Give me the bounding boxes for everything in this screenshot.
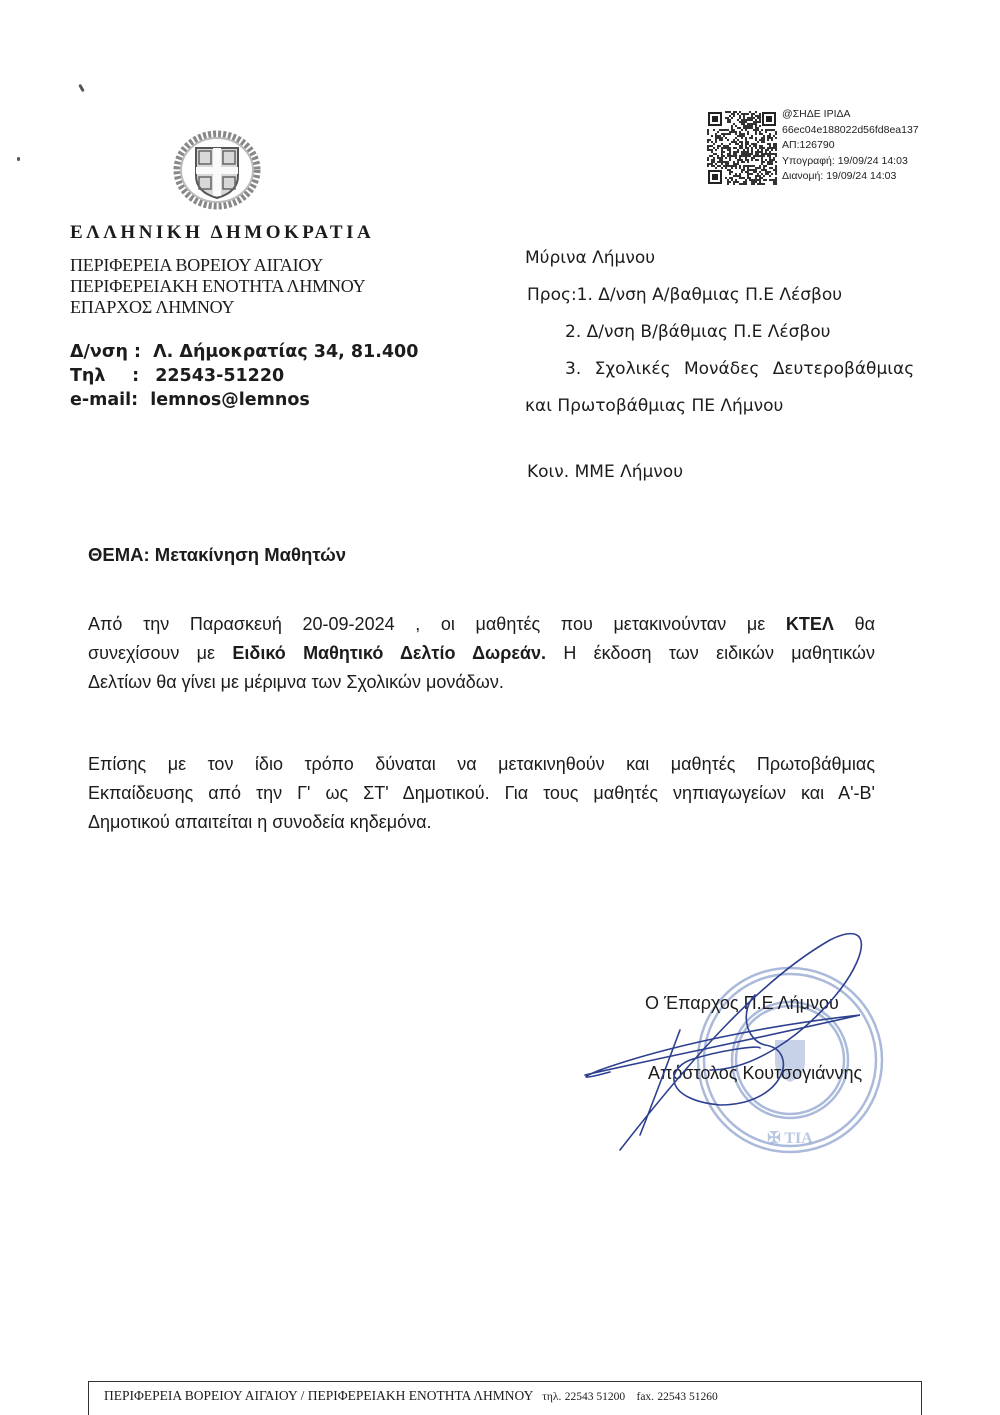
address-value: Λ. Δήμοκρατίας 34, 81.400 xyxy=(153,342,418,362)
phone-label: Τηλ xyxy=(70,364,126,388)
email-row: e-mail: lemnos@lemnos xyxy=(70,388,418,412)
email-label: e-mail: xyxy=(70,390,138,410)
text-run: θα xyxy=(855,614,875,634)
phone-value: 22543-51220 xyxy=(155,366,284,386)
footer-fax: 22543 51260 xyxy=(657,1391,717,1403)
p1-line-3: Δελτίων θα γίνει με μέριμνα των Σχολικών… xyxy=(88,668,875,697)
stamp-signed: Υπογραφή: 19/09/24 14:03 xyxy=(782,154,919,170)
text-run: συνεχίσουν με xyxy=(88,643,215,663)
paragraph-1: Από την Παρασκευή 20-09-2024 , οι μαθητέ… xyxy=(88,610,875,697)
address-row: Δ/νση : Λ. Δήμοκρατίας 34, 81.400 xyxy=(70,340,418,364)
address-label: Δ/νση : xyxy=(70,342,141,362)
scan-speck xyxy=(78,84,85,92)
footer-phone: 22543 51200 xyxy=(565,1391,625,1403)
irida-stamp: @ΣΗΔΕ ΙΡΙΔΑ 66ec04e188022d56fd8ea137 ΑΠ:… xyxy=(782,107,919,185)
bold-text: Ειδικό Μαθητικό Δελτίο Δωρεάν. xyxy=(232,643,546,663)
phone-sep: : xyxy=(132,366,139,386)
recipient-2: 2. Δ/νση Β/βάθμιας Π.Ε Λέσβου xyxy=(525,314,914,351)
footer: ΠΕΡΙΦΕΡΕΙΑ ΒΟΡΕΙΟΥ ΑΙΓΑΙΟΥ / ΠΕΡΙΦΕΡΕΙΑΚ… xyxy=(104,1388,718,1404)
region-line: ΠΕΡΙΦΕΡΕΙΑ ΒΟΡΕΙΟΥ ΑΙΓΑΙΟΥ xyxy=(70,255,365,276)
recipient-3: 3. Σχολικές Μονάδες Δευτεροβάθμιας xyxy=(525,351,914,388)
footer-fax-label: fax. xyxy=(636,1391,654,1403)
region-line: ΠΕΡΙΦΕΡΕΙΑΚΗ ΕΝΟΤΗΤΑ ΛΗΜΝΟΥ xyxy=(70,276,365,297)
footer-phone-label: τηλ. xyxy=(542,1391,561,1403)
phone-row: Τηλ : 22543-51220 xyxy=(70,364,418,388)
stamp-hash: 66ec04e188022d56fd8ea137 xyxy=(782,123,919,139)
contact-block: Δ/νση : Λ. Δήμοκρατίας 34, 81.400 Τηλ : … xyxy=(70,340,418,412)
recipient-1: Προς:1. Δ/νση Α/βαθμιας Π.Ε Λέσβου xyxy=(525,277,914,314)
p1-line-1: Από την Παρασκευή 20-09-2024 , οι μαθητέ… xyxy=(88,610,875,639)
republic-heading: ΕΛΛΗΝΙΚΗ ΔΗΜΟΚΡΑΤΙΑ xyxy=(70,222,374,244)
bold-text: ΚΤΕΛ xyxy=(786,614,834,634)
scan-speck xyxy=(17,157,20,161)
p2-line-3: Δημοτικού απαιτείται η συνοδεία κηδεμόνα… xyxy=(88,808,875,837)
region-block: ΠΕΡΙΦΕΡΕΙΑ ΒΟΡΕΙΟΥ ΑΙΓΑΙΟΥ ΠΕΡΙΦΕΡΕΙΑΚΗ … xyxy=(70,255,365,318)
subject-line: ΘΕΜΑ: Μετακίνηση Μαθητών xyxy=(88,544,346,566)
paragraph-2: Επίσης με τον ίδιο τρόπο δύναται να μετα… xyxy=(88,750,875,837)
email-value[interactable]: lemnos@lemnos xyxy=(150,390,310,410)
qr-code-icon xyxy=(707,111,777,185)
p2-line-2: Εκπαίδευσης από την Γ' ως ΣΤ' Δημοτικού.… xyxy=(88,779,875,808)
stamp-protocol: ΑΠ:126790 xyxy=(782,138,919,154)
region-line: ΕΠΑΡΧΟΣ ΛΗΜΝΟΥ xyxy=(70,297,365,318)
p2-line-1: Επίσης με τον ίδιο τρόπο δύναται να μετα… xyxy=(88,750,875,779)
stamp-distributed: Διανομή: 19/09/24 14:03 xyxy=(782,169,919,185)
stamp-system: @ΣΗΔΕ ΙΡΙΔΑ xyxy=(782,107,919,123)
cc-line: Κοιν. ΜΜΕ Λήμνου xyxy=(527,462,683,482)
text-run: Από την Παρασκευή 20-09-2024 , οι μαθητέ… xyxy=(88,614,765,634)
place: Μύρινα Λήμνου xyxy=(525,240,914,277)
recipients-block: Μύρινα Λήμνου Προς:1. Δ/νση Α/βαθμιας Π.… xyxy=(525,240,914,425)
recipient-3-cont: και Πρωτοβάθμιας ΠΕ Λήμνου xyxy=(525,388,914,425)
p1-line-2: συνεχίσουν με Ειδικό Μαθητικό Δελτίο Δωρ… xyxy=(88,639,875,668)
greek-coat-of-arms-icon xyxy=(172,130,262,210)
footer-org: ΠΕΡΙΦΕΡΕΙΑ ΒΟΡΕΙΟΥ ΑΙΓΑΙΟΥ / ΠΕΡΙΦΕΡΕΙΑΚ… xyxy=(104,1388,533,1403)
text-run: Η έκδοση των ειδικών μαθητικών xyxy=(563,643,875,663)
handwritten-signature-icon xyxy=(570,920,900,1160)
